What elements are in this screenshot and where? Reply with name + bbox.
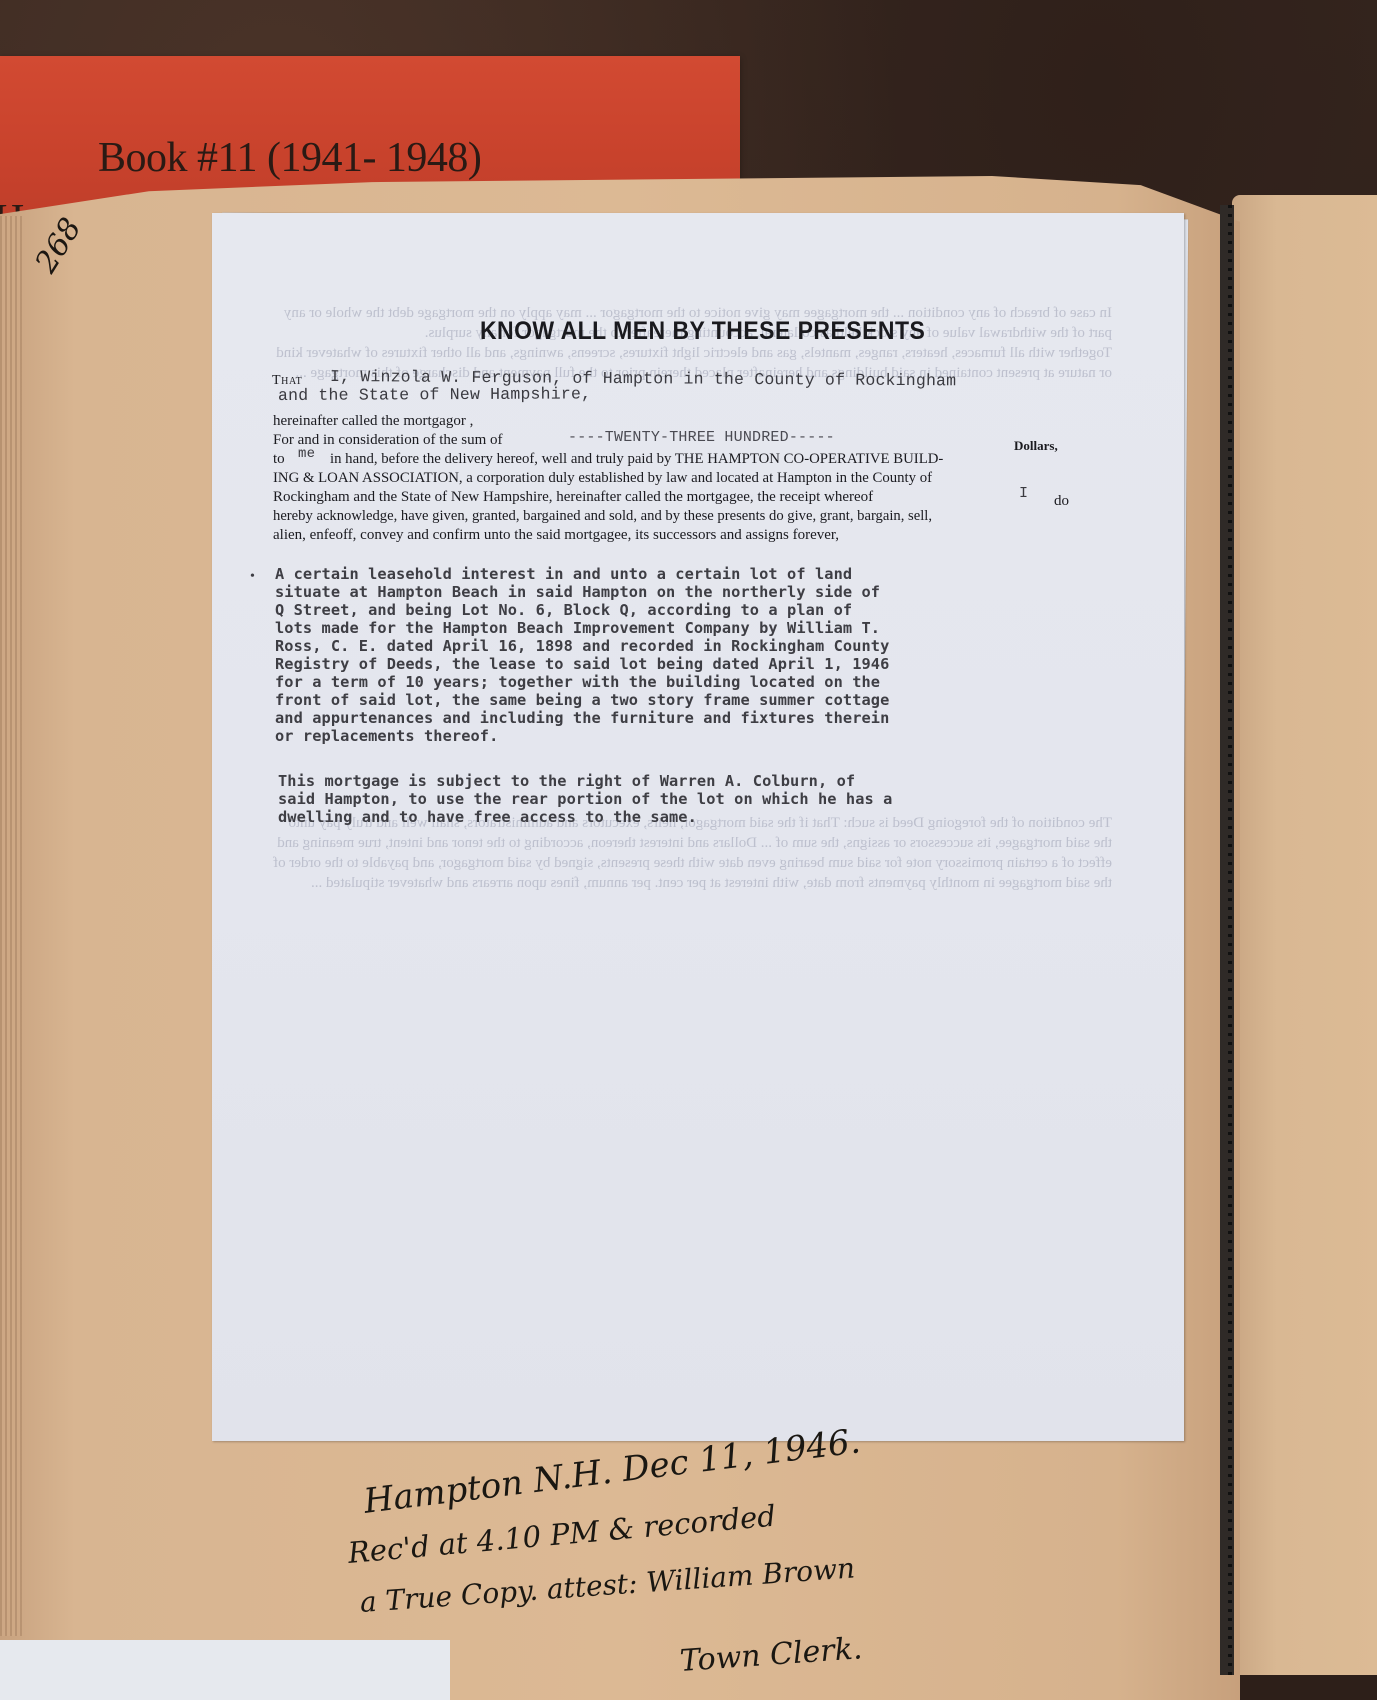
to-value: me bbox=[298, 446, 315, 462]
book-title: Book #11 (1941- 1948) bbox=[98, 134, 481, 182]
loose-sheet-corner bbox=[0, 1640, 450, 1700]
subject-to-line-2: said Hampton, to use the rear portion of… bbox=[278, 790, 892, 808]
page-stack-edge bbox=[0, 216, 22, 1636]
ledger-right-page bbox=[1232, 195, 1377, 1675]
dollars-label: Dollars, bbox=[1014, 438, 1058, 454]
property-line-4: lots made for the Hampton Beach Improvem… bbox=[275, 619, 880, 637]
grant-line-1: hereby acknowledge, have given, granted,… bbox=[273, 508, 932, 525]
receipt-do: do bbox=[1054, 493, 1069, 510]
mortgage-document: In case of breach of any condition ... t… bbox=[212, 213, 1184, 1441]
mortgagor-line: hereinafter called the mortgagor , bbox=[273, 413, 473, 430]
to-label: to bbox=[273, 451, 285, 468]
document-title: KNOW ALL MEN BY THESE PRESENTS bbox=[251, 317, 1145, 346]
paid-line-2: ING & LOAN ASSOCIATION, a corporation du… bbox=[273, 470, 932, 487]
property-line-2: situate at Hampton Beach in said Hampton… bbox=[275, 583, 880, 601]
property-line-1: A certain leasehold interest in and unto… bbox=[275, 565, 852, 583]
property-line-6: Registry of Deeds, the lease to said lot… bbox=[275, 655, 889, 673]
property-line-9: and appurtenances and including the furn… bbox=[275, 709, 889, 727]
grant-line-2: alien, enfeoff, convey and confirm unto … bbox=[273, 527, 839, 544]
bullet-mark: • bbox=[250, 569, 255, 585]
paid-line-3: Rockingham and the State of New Hampshir… bbox=[273, 489, 873, 506]
property-line-3: Q Street, and being Lot No. 6, Block Q, … bbox=[275, 601, 852, 619]
subject-to-line-3: dwelling and to have free access to the … bbox=[278, 808, 697, 826]
property-line-5: Ross, C. E. dated April 16, 1898 and rec… bbox=[275, 637, 889, 655]
grantor-line-2: and the State of New Hampshire, bbox=[278, 384, 591, 405]
paid-line-1: in hand, before the delivery hereof, wel… bbox=[330, 451, 943, 468]
consideration-amount: ----TWENTY-THREE HUNDRED----- bbox=[568, 429, 835, 446]
subject-to-line-1: This mortgage is subject to the right of… bbox=[278, 772, 855, 790]
receipt-pronoun: I bbox=[1019, 485, 1028, 502]
ledger-spine-stitching bbox=[1220, 205, 1234, 1675]
property-line-10: or replacements thereof. bbox=[275, 727, 498, 745]
property-line-8: front of said lot, the same being a two … bbox=[275, 691, 889, 709]
property-line-7: for a term of 10 years; together with th… bbox=[275, 673, 880, 691]
